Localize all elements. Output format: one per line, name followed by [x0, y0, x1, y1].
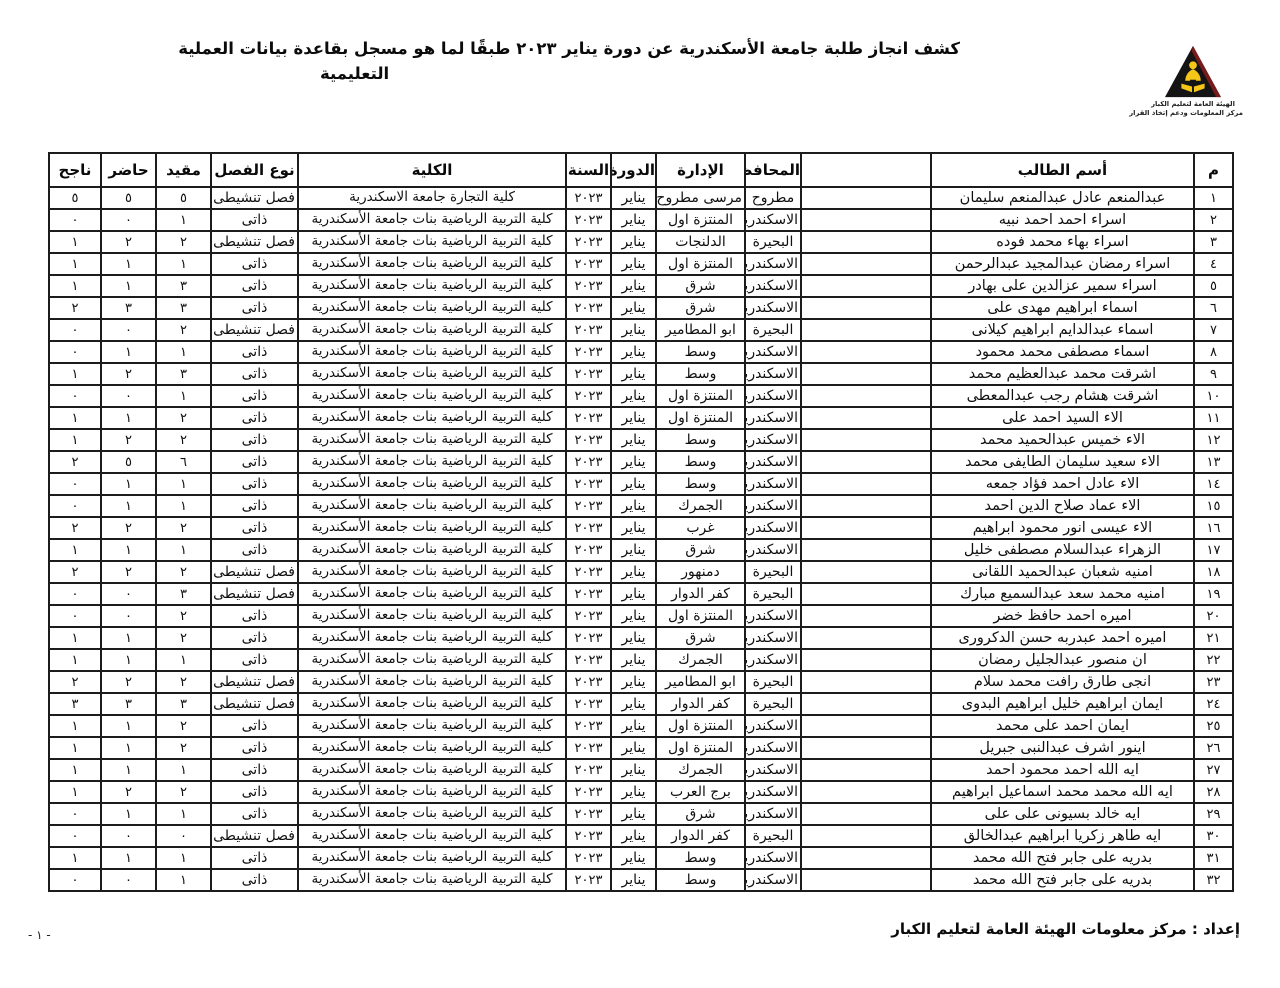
cell-yr: ٢٠٢٣	[566, 759, 611, 781]
cell-pass: ٢	[49, 671, 101, 693]
cell-pres: ٢	[101, 231, 156, 253]
cell-type: ذاتى	[211, 715, 298, 737]
cell-ses: يناير	[611, 341, 656, 363]
cell-pass: ٠	[49, 495, 101, 517]
cell-col: كلية التربية الرياضية بنات جامعة الأسكند…	[298, 363, 566, 385]
cell-pres: ١	[101, 803, 156, 825]
cell-pres: ١	[101, 495, 156, 517]
cell-n: ١٨	[1194, 561, 1233, 583]
table-row: ٣اسراء بهاء محمد فودهالبحيرةالدلنجاتيناي…	[49, 231, 1233, 253]
cell-n: ٢	[1194, 209, 1233, 231]
cell-adm: الجمرك	[656, 759, 745, 781]
cell-pres: ١	[101, 539, 156, 561]
cell-enr: ٣	[156, 363, 211, 385]
cell-n: ١٢	[1194, 429, 1233, 451]
cell-yr: ٢٠٢٣	[566, 253, 611, 275]
cell-pres: ٠	[101, 583, 156, 605]
cell-name: اسراء رمضان عبدالمجيد عبدالرحمن	[931, 253, 1194, 275]
cell-name: اسراء بهاء محمد فوده	[931, 231, 1194, 253]
cell-pres: ٠	[101, 869, 156, 891]
table-row: ١٠اشرقت هشام رجب عبدالمعطىالاسكندريةالمن…	[49, 385, 1233, 407]
cell-adm: برج العرب	[656, 781, 745, 803]
cell-name: الزهراء عبدالسلام مصطفى خليل	[931, 539, 1194, 561]
cell-adm: المنتزة اول	[656, 605, 745, 627]
cell-pass: ٢	[49, 517, 101, 539]
cell-adm: وسط	[656, 473, 745, 495]
cell-n: ٢١	[1194, 627, 1233, 649]
cell-pass: ١	[49, 737, 101, 759]
cell-enr: ٦	[156, 451, 211, 473]
cell-n: ٤	[1194, 253, 1233, 275]
cell-pass: ٠	[49, 319, 101, 341]
cell-blank	[801, 297, 931, 319]
cell-gov: الاسكندرية	[745, 253, 801, 275]
cell-enr: ٢	[156, 781, 211, 803]
cell-blank	[801, 385, 931, 407]
cell-n: ٧	[1194, 319, 1233, 341]
cell-enr: ٢	[156, 561, 211, 583]
cell-type: ذاتى	[211, 627, 298, 649]
cell-n: ١٣	[1194, 451, 1233, 473]
cell-ses: يناير	[611, 561, 656, 583]
cell-yr: ٢٠٢٣	[566, 561, 611, 583]
cell-pass: ١	[49, 627, 101, 649]
cell-pass: ١	[49, 275, 101, 297]
cell-pass: ٠	[49, 473, 101, 495]
cell-blank	[801, 605, 931, 627]
cell-blank	[801, 495, 931, 517]
header-class-type: نوع الفصل	[211, 153, 298, 187]
cell-adm: الجمرك	[656, 495, 745, 517]
cell-ses: يناير	[611, 517, 656, 539]
cell-yr: ٢٠٢٣	[566, 803, 611, 825]
cell-blank	[801, 627, 931, 649]
cell-pass: ١	[49, 759, 101, 781]
cell-gov: الاسكندرية	[745, 781, 801, 803]
cell-adm: المنتزة اول	[656, 209, 745, 231]
cell-ses: يناير	[611, 275, 656, 297]
table-row: ١عبدالمنعم عادل عبدالمنعم سليمانمطروحمرس…	[49, 187, 1233, 209]
cell-pass: ١	[49, 539, 101, 561]
cell-col: كلية التربية الرياضية بنات جامعة الأسكند…	[298, 341, 566, 363]
cell-name: ايمان ابراهيم خليل ابراهيم البدوى	[931, 693, 1194, 715]
cell-ses: يناير	[611, 759, 656, 781]
cell-adm: وسط	[656, 451, 745, 473]
header-year: السنة	[566, 153, 611, 187]
header-student-name: أسم الطالب	[931, 153, 1194, 187]
cell-col: كلية التربية الرياضية بنات جامعة الأسكند…	[298, 253, 566, 275]
cell-enr: ٢	[156, 627, 211, 649]
cell-ses: يناير	[611, 869, 656, 891]
cell-name: الاء عيسى انور محمود ابراهيم	[931, 517, 1194, 539]
cell-blank	[801, 671, 931, 693]
cell-blank	[801, 231, 931, 253]
cell-yr: ٢٠٢٣	[566, 869, 611, 891]
cell-pass: ٠	[49, 583, 101, 605]
cell-enr: ١	[156, 869, 211, 891]
cell-pass: ٠	[49, 803, 101, 825]
cell-enr: ٢	[156, 407, 211, 429]
cell-blank	[801, 187, 931, 209]
cell-enr: ١	[156, 759, 211, 781]
cell-gov: الاسكندرية	[745, 495, 801, 517]
cell-n: ٥	[1194, 275, 1233, 297]
cell-adm: شرق	[656, 275, 745, 297]
cell-enr: ٣	[156, 275, 211, 297]
cell-pass: ٠	[49, 605, 101, 627]
cell-name: امنيه محمد سعد عبدالسميع مبارك	[931, 583, 1194, 605]
cell-col: كلية التربية الرياضية بنات جامعة الأسكند…	[298, 693, 566, 715]
table-row: ٣٢بدريه على جابر فتح الله محمدالاسكندرية…	[49, 869, 1233, 891]
cell-gov: الاسكندرية	[745, 209, 801, 231]
cell-yr: ٢٠٢٣	[566, 495, 611, 517]
cell-yr: ٢٠٢٣	[566, 341, 611, 363]
cell-pres: ١	[101, 715, 156, 737]
cell-type: ذاتى	[211, 781, 298, 803]
table-row: ٢٦اينور اشرف عبدالنبى جبريلالاسكندريةالم…	[49, 737, 1233, 759]
table-row: ١٢الاء خميس عبدالحميد محمدالاسكندريةوسطي…	[49, 429, 1233, 451]
cell-type: فصل تنشيطى	[211, 671, 298, 693]
cell-enr: ٢	[156, 231, 211, 253]
cell-type: فصل تنشيطى	[211, 825, 298, 847]
cell-ses: يناير	[611, 781, 656, 803]
cell-blank	[801, 341, 931, 363]
cell-pass: ٢	[49, 561, 101, 583]
cell-pres: ٢	[101, 781, 156, 803]
cell-name: امنيه شعبان عبدالحميد اللقانى	[931, 561, 1194, 583]
cell-yr: ٢٠٢٣	[566, 297, 611, 319]
cell-n: ١٠	[1194, 385, 1233, 407]
cell-yr: ٢٠٢٣	[566, 517, 611, 539]
cell-pres: ٥	[101, 451, 156, 473]
cell-blank	[801, 275, 931, 297]
header-enrolled: مقيد	[156, 153, 211, 187]
cell-n: ١٩	[1194, 583, 1233, 605]
cell-enr: ٢	[156, 737, 211, 759]
cell-enr: ١	[156, 649, 211, 671]
cell-n: ٢٥	[1194, 715, 1233, 737]
cell-n: ٢٤	[1194, 693, 1233, 715]
cell-ses: يناير	[611, 187, 656, 209]
cell-pres: ١	[101, 759, 156, 781]
cell-pres: ١	[101, 341, 156, 363]
cell-gov: البحيرة	[745, 319, 801, 341]
cell-ses: يناير	[611, 319, 656, 341]
cell-adm: شرق	[656, 803, 745, 825]
cell-name: اسماء مصطفى محمد محمود	[931, 341, 1194, 363]
cell-pass: ١	[49, 363, 101, 385]
cell-n: ٣١	[1194, 847, 1233, 869]
table-row: ٢١اميره احمد عبدربه حسن الدكرورىالاسكندر…	[49, 627, 1233, 649]
cell-ses: يناير	[611, 429, 656, 451]
table-row: ١٤الاء عادل احمد فؤاد جمعهالاسكندريةوسطي…	[49, 473, 1233, 495]
header-blank	[801, 153, 931, 187]
table-row: ٤اسراء رمضان عبدالمجيد عبدالرحمنالاسكندر…	[49, 253, 1233, 275]
cell-adm: الدلنجات	[656, 231, 745, 253]
cell-name: اشرقت هشام رجب عبدالمعطى	[931, 385, 1194, 407]
cell-name: ايه الله احمد محمود احمد	[931, 759, 1194, 781]
cell-type: ذاتى	[211, 209, 298, 231]
cell-adm: ابو المطامير	[656, 319, 745, 341]
cell-enr: ١	[156, 495, 211, 517]
table-row: ٢٨ايه الله محمد محمد اسماعيل ابراهيمالاس…	[49, 781, 1233, 803]
cell-pres: ١	[101, 473, 156, 495]
cell-blank	[801, 649, 931, 671]
cell-type: ذاتى	[211, 803, 298, 825]
cell-type: ذاتى	[211, 297, 298, 319]
cell-yr: ٢٠٢٣	[566, 825, 611, 847]
cell-adm: شرق	[656, 627, 745, 649]
cell-pres: ٠	[101, 319, 156, 341]
cell-name: الاء عماد صلاح الدين احمد	[931, 495, 1194, 517]
cell-name: اسماء ابراهيم مهدى على	[931, 297, 1194, 319]
cell-name: اينور اشرف عبدالنبى جبريل	[931, 737, 1194, 759]
cell-pass: ١	[49, 781, 101, 803]
cell-name: ايمان احمد على محمد	[931, 715, 1194, 737]
table-row: ٣١بدريه على جابر فتح الله محمدالاسكندرية…	[49, 847, 1233, 869]
cell-type: فصل تنشيطى	[211, 583, 298, 605]
cell-name: الاء خميس عبدالحميد محمد	[931, 429, 1194, 451]
document-title-line1: كشف انجاز طلبة جامعة الأسكندرية عن دورة …	[320, 36, 960, 62]
cell-col: كلية التربية الرياضية بنات جامعة الأسكند…	[298, 517, 566, 539]
cell-pass: ١	[49, 253, 101, 275]
cell-ses: يناير	[611, 385, 656, 407]
cell-type: ذاتى	[211, 275, 298, 297]
cell-n: ٢٨	[1194, 781, 1233, 803]
cell-yr: ٢٠٢٣	[566, 781, 611, 803]
cell-yr: ٢٠٢٣	[566, 715, 611, 737]
cell-pres: ٠	[101, 209, 156, 231]
cell-pass: ٠	[49, 869, 101, 891]
cell-n: ٣	[1194, 231, 1233, 253]
table-row: ١١الاء السيد احمد علىالاسكندريةالمنتزة ا…	[49, 407, 1233, 429]
cell-blank	[801, 715, 931, 737]
cell-blank	[801, 253, 931, 275]
table-row: ٢اسراء احمد احمد نبيهالاسكندريةالمنتزة ا…	[49, 209, 1233, 231]
cell-col: كلية التربية الرياضية بنات جامعة الأسكند…	[298, 451, 566, 473]
cell-ses: يناير	[611, 693, 656, 715]
cell-type: فصل تنشيطى	[211, 187, 298, 209]
document-title-line2: التعليمية	[320, 62, 960, 86]
cell-type: ذاتى	[211, 473, 298, 495]
cell-ses: يناير	[611, 671, 656, 693]
table-row: ١٩امنيه محمد سعد عبدالسميع مباركالبحيرةك…	[49, 583, 1233, 605]
cell-adm: غرب	[656, 517, 745, 539]
cell-col: كلية التربية الرياضية بنات جامعة الأسكند…	[298, 605, 566, 627]
cell-gov: الاسكندرية	[745, 517, 801, 539]
table-row: ١٣الاء سعيد سليمان الطايفى محمدالاسكندري…	[49, 451, 1233, 473]
cell-ses: يناير	[611, 231, 656, 253]
cell-name: عبدالمنعم عادل عبدالمنعم سليمان	[931, 187, 1194, 209]
cell-pres: ٥	[101, 187, 156, 209]
cell-pass: ٠	[49, 385, 101, 407]
cell-pass: ١	[49, 649, 101, 671]
cell-pres: ١	[101, 275, 156, 297]
table-row: ١٧الزهراء عبدالسلام مصطفى خليلالاسكندرية…	[49, 539, 1233, 561]
scanned-document-page: كشف انجاز طلبة جامعة الأسكندرية عن دورة …	[0, 0, 1280, 988]
cell-ses: يناير	[611, 583, 656, 605]
cell-name: اسماء عبدالدايم ابراهيم كيلانى	[931, 319, 1194, 341]
header-governorate: المحافظة	[745, 153, 801, 187]
cell-enr: ٠	[156, 825, 211, 847]
cell-col: كلية التربية الرياضية بنات جامعة الأسكند…	[298, 583, 566, 605]
cell-adm: المنتزة اول	[656, 407, 745, 429]
cell-adm: وسط	[656, 429, 745, 451]
cell-adm: وسط	[656, 869, 745, 891]
table-row: ١٦الاء عيسى انور محمود ابراهيمالاسكندرية…	[49, 517, 1233, 539]
cell-ses: يناير	[611, 253, 656, 275]
cell-adm: المنتزة اول	[656, 253, 745, 275]
cell-pass: ١	[49, 407, 101, 429]
cell-pres: ٢	[101, 561, 156, 583]
cell-ses: يناير	[611, 407, 656, 429]
cell-adm: كفر الدوار	[656, 583, 745, 605]
cell-pres: ٢	[101, 671, 156, 693]
cell-n: ١٤	[1194, 473, 1233, 495]
cell-gov: البحيرة	[745, 671, 801, 693]
cell-gov: الاسكندرية	[745, 429, 801, 451]
cell-ses: يناير	[611, 539, 656, 561]
cell-blank	[801, 429, 931, 451]
cell-n: ١	[1194, 187, 1233, 209]
cell-name: اميره احمد عبدربه حسن الدكرورى	[931, 627, 1194, 649]
cell-blank	[801, 451, 931, 473]
cell-type: فصل تنشيطى	[211, 231, 298, 253]
cell-adm: كفر الدوار	[656, 693, 745, 715]
cell-yr: ٢٠٢٣	[566, 847, 611, 869]
header-serial: م	[1194, 153, 1233, 187]
cell-n: ١٧	[1194, 539, 1233, 561]
cell-yr: ٢٠٢٣	[566, 605, 611, 627]
cell-pres: ١	[101, 627, 156, 649]
cell-col: كلية التربية الرياضية بنات جامعة الأسكند…	[298, 671, 566, 693]
header-administration: الإدارة	[656, 153, 745, 187]
cell-enr: ١	[156, 385, 211, 407]
cell-ses: يناير	[611, 649, 656, 671]
cell-col: كلية التربية الرياضية بنات جامعة الأسكند…	[298, 495, 566, 517]
table-row: ٢٤ايمان ابراهيم خليل ابراهيم البدوىالبحي…	[49, 693, 1233, 715]
cell-blank	[801, 539, 931, 561]
cell-name: اميره احمد حافظ خضر	[931, 605, 1194, 627]
cell-pres: ٢	[101, 517, 156, 539]
table-row: ٢٥ايمان احمد على محمدالاسكندريةالمنتزة ا…	[49, 715, 1233, 737]
cell-adm: المنتزة اول	[656, 385, 745, 407]
cell-pass: ١	[49, 231, 101, 253]
cell-pres: ١	[101, 649, 156, 671]
cell-ses: يناير	[611, 363, 656, 385]
cell-pass: ١	[49, 847, 101, 869]
cell-gov: الاسكندرية	[745, 363, 801, 385]
cell-type: ذاتى	[211, 605, 298, 627]
cell-col: كلية التربية الرياضية بنات جامعة الأسكند…	[298, 275, 566, 297]
cell-yr: ٢٠٢٣	[566, 363, 611, 385]
cell-adm: كفر الدوار	[656, 825, 745, 847]
cell-gov: البحيرة	[745, 693, 801, 715]
cell-name: ان منصور عبدالجليل رمضان	[931, 649, 1194, 671]
table-row: ٢٧ايه الله احمد محمود احمدالاسكندريةالجم…	[49, 759, 1233, 781]
cell-adm: الجمرك	[656, 649, 745, 671]
cell-ses: يناير	[611, 847, 656, 869]
table-row: ٢٩ايه خالد بسيونى على علىالاسكندريةشرقين…	[49, 803, 1233, 825]
logo-text-line2: مركز المعلومات ودعم إتخاذ القرار	[1143, 109, 1243, 118]
cell-gov: الاسكندرية	[745, 275, 801, 297]
cell-type: فصل تنشيطى	[211, 319, 298, 341]
authority-logo: الهيئة العامة لتعليم الكبار مركز المعلوم…	[1143, 44, 1243, 117]
cell-enr: ٢	[156, 517, 211, 539]
cell-col: كلية التجارة جامعة الاسكندرية	[298, 187, 566, 209]
cell-pass: ٢	[49, 451, 101, 473]
cell-gov: البحيرة	[745, 231, 801, 253]
cell-blank	[801, 517, 931, 539]
cell-blank	[801, 561, 931, 583]
cell-pres: ١	[101, 253, 156, 275]
cell-gov: الاسكندرية	[745, 385, 801, 407]
results-table-body: ١عبدالمنعم عادل عبدالمنعم سليمانمطروحمرس…	[49, 187, 1233, 891]
cell-enr: ١	[156, 847, 211, 869]
cell-pres: ١	[101, 847, 156, 869]
cell-enr: ٢	[156, 671, 211, 693]
cell-enr: ٣	[156, 583, 211, 605]
cell-gov: الاسكندرية	[745, 715, 801, 737]
cell-enr: ١	[156, 341, 211, 363]
cell-name: اسراء سمير عزالدين على بهادر	[931, 275, 1194, 297]
cell-ses: يناير	[611, 627, 656, 649]
cell-pres: ٢	[101, 363, 156, 385]
cell-ses: يناير	[611, 605, 656, 627]
table-row: ٢٢ان منصور عبدالجليل رمضانالاسكندريةالجم…	[49, 649, 1233, 671]
cell-pres: ٣	[101, 693, 156, 715]
cell-pass: ١	[49, 715, 101, 737]
cell-ses: يناير	[611, 825, 656, 847]
cell-yr: ٢٠٢٣	[566, 429, 611, 451]
cell-enr: ٢	[156, 605, 211, 627]
table-row: ٢٠اميره احمد حافظ خضرالاسكندريةالمنتزة ا…	[49, 605, 1233, 627]
cell-blank	[801, 803, 931, 825]
cell-type: ذاتى	[211, 341, 298, 363]
cell-pass: ٠	[49, 341, 101, 363]
cell-pass: ٢	[49, 297, 101, 319]
prepared-by-label: إعداد : مركز معلومات الهيئة العامة لتعلي…	[891, 920, 1240, 938]
cell-col: كلية التربية الرياضية بنات جامعة الأسكند…	[298, 627, 566, 649]
cell-gov: الاسكندرية	[745, 627, 801, 649]
cell-yr: ٢٠٢٣	[566, 385, 611, 407]
cell-n: ٣٢	[1194, 869, 1233, 891]
cell-n: ٦	[1194, 297, 1233, 319]
cell-name: ايه الله محمد محمد اسماعيل ابراهيم	[931, 781, 1194, 803]
authority-triangle-logo-icon	[1143, 44, 1243, 100]
cell-col: كلية التربية الرياضية بنات جامعة الأسكند…	[298, 825, 566, 847]
cell-type: ذاتى	[211, 649, 298, 671]
cell-blank	[801, 825, 931, 847]
cell-n: ٣٠	[1194, 825, 1233, 847]
cell-name: اشرقت محمد عبدالعظيم محمد	[931, 363, 1194, 385]
cell-adm: شرق	[656, 297, 745, 319]
cell-col: كلية التربية الرياضية بنات جامعة الأسكند…	[298, 715, 566, 737]
cell-type: ذاتى	[211, 495, 298, 517]
table-row: ٥اسراء سمير عزالدين على بهادرالاسكندريةش…	[49, 275, 1233, 297]
cell-name: الاء سعيد سليمان الطايفى محمد	[931, 451, 1194, 473]
cell-enr: ١	[156, 539, 211, 561]
cell-col: كلية التربية الرياضية بنات جامعة الأسكند…	[298, 759, 566, 781]
cell-type: فصل تنشيطى	[211, 693, 298, 715]
cell-name: الاء السيد احمد على	[931, 407, 1194, 429]
table-row: ٨اسماء مصطفى محمد محمودالاسكندريةوسطيناي…	[49, 341, 1233, 363]
cell-enr: ٢	[156, 319, 211, 341]
header-present: حاضر	[101, 153, 156, 187]
cell-n: ٢٦	[1194, 737, 1233, 759]
cell-ses: يناير	[611, 473, 656, 495]
table-header-row: م أسم الطالب المحافظة الإدارة الدورة الس…	[49, 153, 1233, 187]
